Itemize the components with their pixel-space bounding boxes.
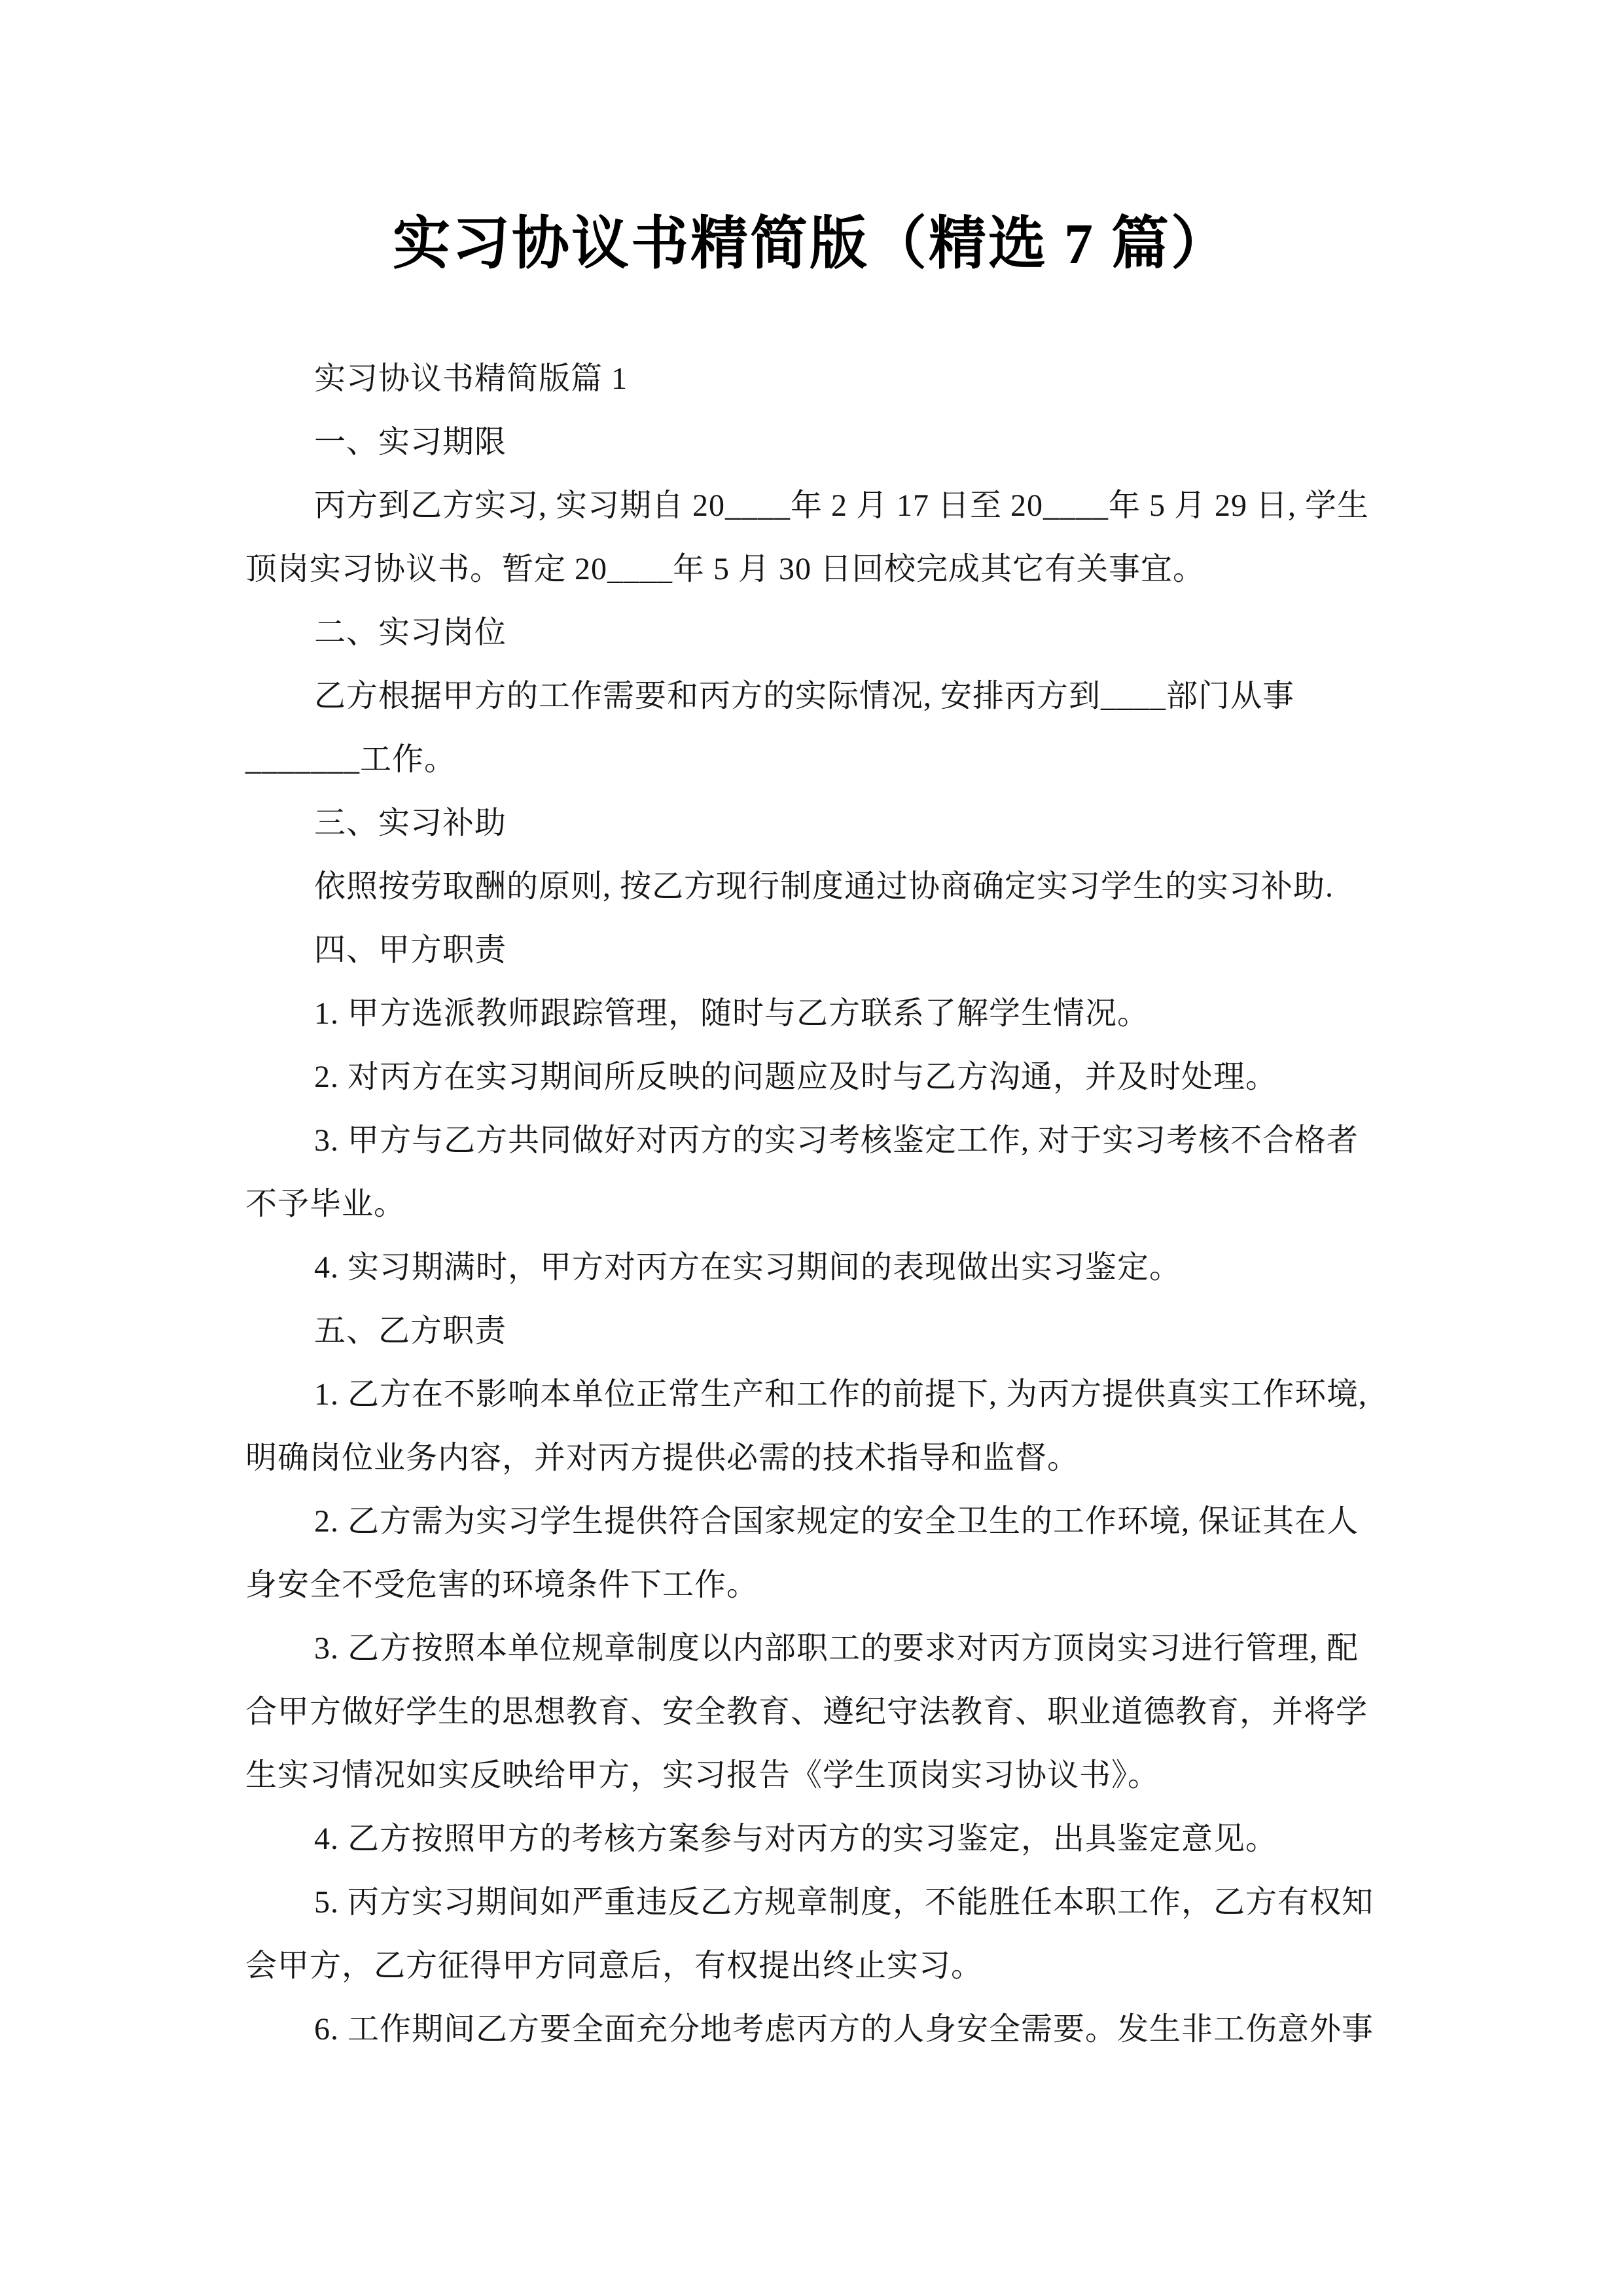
section-heading-3: 三、实习补助	[245, 791, 1378, 855]
paragraph-line: 不予毕业。	[245, 1172, 1378, 1236]
paragraph-line: 会甲方，乙方征得甲方同意后，有权提出终止实习。	[245, 1934, 1378, 1998]
paragraph-line: 1. 甲方选派教师跟踪管理，随时与乙方联系了解学生情况。	[245, 982, 1378, 1045]
document-page: 实习协议书精简版（精选 7 篇） 实习协议书精简版篇 1 一、实习期限 丙方到乙…	[0, 0, 1623, 2296]
paragraph-line: 乙方根据甲方的工作需要和丙方的实际情况, 安排丙方到____部门从事	[245, 664, 1378, 728]
section-heading-4: 四、甲方职责	[245, 918, 1378, 982]
paragraph-line: _______工作。	[245, 728, 1378, 791]
section-heading-1: 一、实习期限	[245, 410, 1378, 474]
section-heading-2: 二、实习岗位	[245, 601, 1378, 664]
paragraph-line: 5. 丙方实习期间如严重违反乙方规章制度，不能胜任本职工作，乙方有权知	[245, 1871, 1378, 1934]
paragraph-line: 丙方到乙方实习, 实习期自 20____年 2 月 17 日至 20____年 …	[245, 474, 1378, 537]
paragraph-line: 生实习情况如实反映给甲方，实习报告《学生顶岗实习协议书》。	[245, 1744, 1378, 1807]
paragraph-line: 4. 乙方按照甲方的考核方案参与对丙方的实习鉴定，出具鉴定意见。	[245, 1807, 1378, 1871]
section-heading-5: 五、乙方职责	[245, 1299, 1378, 1363]
paragraph-line: 4. 实习期满时，甲方对丙方在实习期间的表现做出实习鉴定。	[245, 1236, 1378, 1299]
paragraph-line: 顶岗实习协议书。暂定 20____年 5 月 30 日回校完成其它有关事宜。	[245, 537, 1378, 601]
paragraph-line: 6. 工作期间乙方要全面充分地考虑丙方的人身安全需要。发生非工伤意外事	[245, 1998, 1378, 2061]
paragraph-line: 3. 乙方按照本单位规章制度以内部职工的要求对丙方顶岗实习进行管理, 配	[245, 1617, 1378, 1680]
paragraph-line: 身安全不受危害的环境条件下工作。	[245, 1553, 1378, 1617]
paragraph-line: 2. 乙方需为实习学生提供符合国家规定的安全卫生的工作环境, 保证其在人	[245, 1490, 1378, 1553]
page-title: 实习协议书精简版（精选 7 篇）	[0, 211, 1623, 278]
document-body: 实习协议书精简版篇 1 一、实习期限 丙方到乙方实习, 实习期自 20____年…	[245, 347, 1378, 2061]
paragraph-line: 1. 乙方在不影响本单位正常生产和工作的前提下, 为丙方提供真实工作环境,	[245, 1363, 1378, 1426]
paragraph-line: 合甲方做好学生的思想教育、安全教育、遵纪守法教育、职业道德教育，并将学	[245, 1680, 1378, 1744]
doc-subtitle: 实习协议书精简版篇 1	[245, 347, 1378, 410]
paragraph-line: 3. 甲方与乙方共同做好对丙方的实习考核鉴定工作, 对于实习考核不合格者	[245, 1109, 1378, 1172]
paragraph-line: 明确岗位业务内容，并对丙方提供必需的技术指导和监督。	[245, 1426, 1378, 1490]
paragraph-line: 依照按劳取酬的原则, 按乙方现行制度通过协商确定实习学生的实习补助.	[245, 855, 1378, 918]
paragraph-line: 2. 对丙方在实习期间所反映的问题应及时与乙方沟通，并及时处理。	[245, 1045, 1378, 1109]
